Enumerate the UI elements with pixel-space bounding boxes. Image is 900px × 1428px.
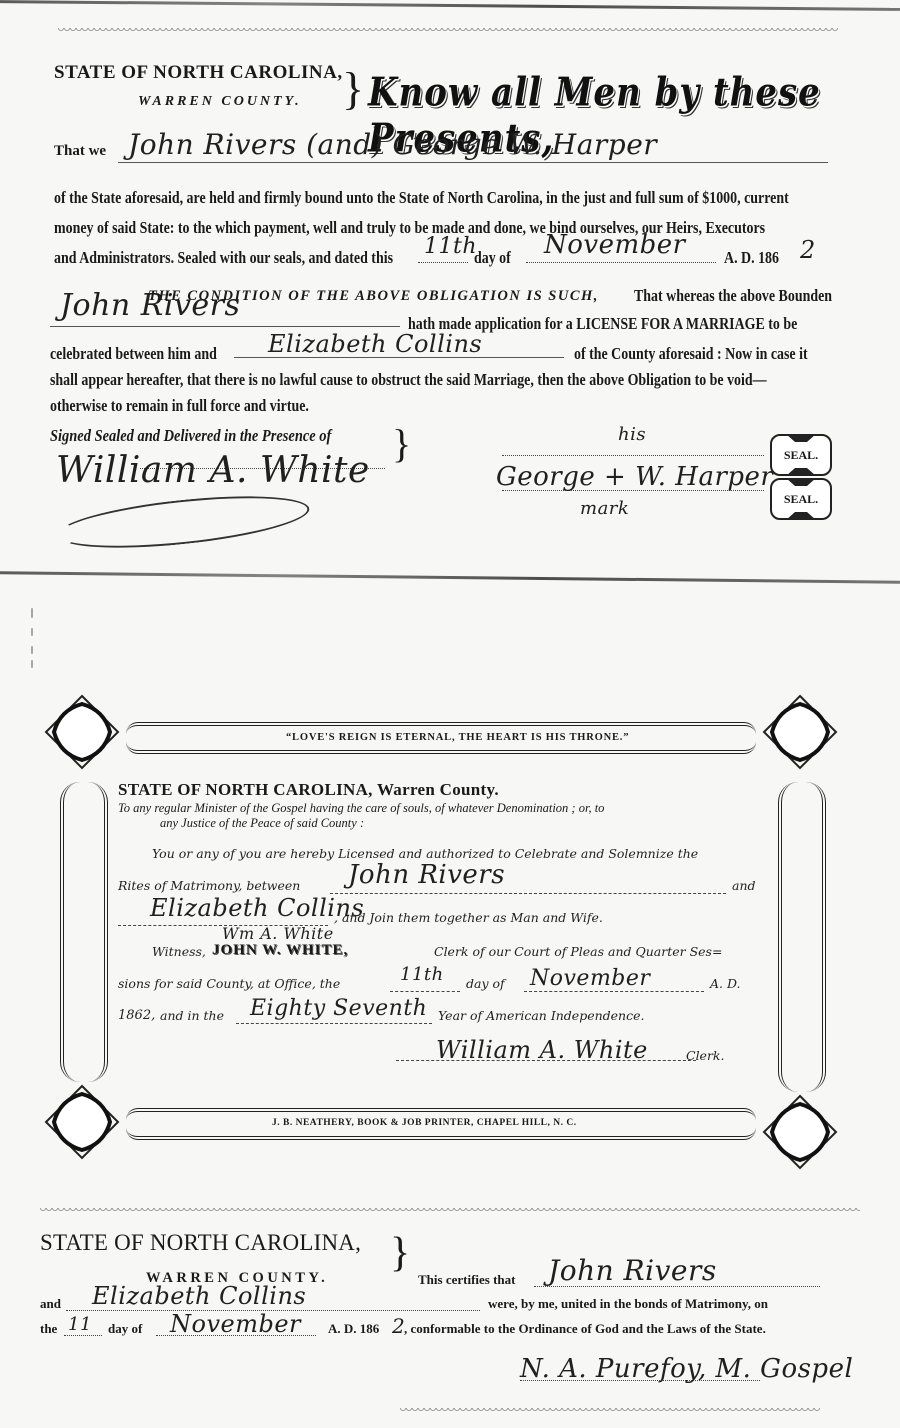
obligors-line <box>118 162 828 163</box>
license-bride-handwritten: Elizabeth Collins <box>150 894 364 922</box>
certificate-and-label: and <box>40 1296 61 1312</box>
bond-month-handwritten: November <box>544 230 686 260</box>
bond-day-handwritten: 11th <box>424 234 477 259</box>
license-day-line <box>390 991 460 992</box>
corner-ornament-top-right-icon <box>760 692 840 772</box>
right-border-column <box>778 782 826 1092</box>
bond-day-of-label: day of <box>474 242 511 274</box>
conformable-text: , conformable to the Ordinance of God an… <box>404 1321 766 1337</box>
witness-label: Witness, <box>152 944 206 959</box>
license-address-line-1: To any regular Minister of the Gospel ha… <box>118 801 604 816</box>
seal-2-label: SEAL. <box>784 492 818 507</box>
clerk-overwrite-handwritten: Wm A. White <box>222 924 334 943</box>
that-we-label: That we <box>54 143 106 160</box>
groom-line <box>330 893 726 894</box>
certificate-day-of-label: day of <box>108 1321 142 1337</box>
certificate-bride-handwritten: Elizabeth Collins <box>92 1282 306 1310</box>
clerk-printed-name: JOHN W. WHITE, <box>212 942 348 959</box>
corner-ornament-bottom-right-icon <box>760 1092 840 1172</box>
certificate-top-wavy-rule <box>40 1208 860 1214</box>
certificate-the-label: the <box>40 1321 57 1337</box>
certificate-brace: } <box>390 1232 410 1274</box>
his-label: his <box>618 424 646 445</box>
paper-mark <box>31 660 33 668</box>
bond-brace: } <box>342 66 364 112</box>
united-text: were, by me, united in the bonds of Matr… <box>488 1296 768 1312</box>
in-the-label: and in the <box>160 1008 224 1023</box>
license-heading: STATE OF NORTH CAROLINA, Warren County. <box>118 780 499 800</box>
bond-county-heading: WARREN COUNTY. <box>138 94 302 110</box>
bond-bride-handwritten: Elizabeth Collins <box>268 330 482 358</box>
paper-mark <box>31 608 33 618</box>
clerk-label: Clerk. <box>686 1048 724 1063</box>
bond-line-1: of the State aforesaid, are held and fir… <box>54 182 789 214</box>
middle-fold-edge <box>0 571 900 583</box>
license-month-handwritten: November <box>530 966 650 991</box>
signer-signature: George + W. Harper <box>496 462 773 492</box>
bond-day-line <box>418 262 468 263</box>
seal-1-label: SEAL. <box>784 448 818 463</box>
officiant-signature: N. A. Purefoy, M. Gospel <box>520 1354 853 1384</box>
independence-text: Year of American Independence. <box>438 1008 644 1023</box>
seal-1: SEAL. <box>770 434 832 476</box>
rites-label: Rites of Matrimony, between <box>118 878 300 893</box>
certificate-groom-handwritten: John Rivers <box>548 1254 717 1287</box>
join-text: , and Join them together as Man and Wife… <box>334 910 603 925</box>
clerk-signature: William A. White <box>436 1036 648 1064</box>
certificate-state-heading: STATE OF NORTH CAROLINA, <box>40 1230 361 1256</box>
top-wavy-rule <box>58 28 838 34</box>
certificate-day-handwritten: 11 <box>68 1314 92 1335</box>
certificate-bottom-wavy-rule <box>400 1408 820 1414</box>
certificate-month-handwritten: November <box>170 1310 301 1338</box>
license-ad-label: A. D. <box>710 976 741 991</box>
bond-state-heading: STATE OF NORTH CAROLINA, <box>54 62 343 84</box>
witness-signature: William A. White <box>56 450 370 491</box>
corner-ornament-top-left-icon <box>42 692 122 772</box>
obligors-handwritten: John Rivers (and) George W. Harper <box>128 128 657 161</box>
certificate-ad-label: A. D. 186 <box>328 1321 379 1337</box>
clerk-court-text: Clerk of our Court of Pleas and Quarter … <box>434 944 722 959</box>
license-groom-handwritten: John Rivers <box>348 860 505 890</box>
signer-line-1 <box>502 455 764 456</box>
bond-ad-label: A. D. 186 <box>724 242 779 274</box>
top-fold-edge <box>0 0 900 11</box>
condition-heading: THE CONDITION OF THE ABOVE OBLIGATION IS… <box>148 288 599 305</box>
mark-label: mark <box>580 498 629 519</box>
left-border-column <box>60 782 108 1082</box>
signed-sealed-label: Signed Sealed and Delivered in the Prese… <box>50 426 331 446</box>
bond-line-3: and Administrators. Sealed with our seal… <box>54 242 854 274</box>
independence-year-handwritten: Eighty Seventh <box>250 996 427 1021</box>
sessions-text: sions for said County, at Office, the <box>118 976 340 991</box>
certificate-day-line <box>64 1335 102 1336</box>
license-and-label: and <box>732 878 756 893</box>
corner-ornament-bottom-left-icon <box>42 1082 122 1162</box>
certifies-label: This certifies that <box>418 1272 515 1288</box>
license-month-line <box>524 991 704 992</box>
license-address-line-2: any Justice of the Peace of said County … <box>160 816 364 831</box>
full-force-text: otherwise to remain in full force and vi… <box>50 390 309 422</box>
license-year-text: 1862, <box>118 1008 155 1023</box>
bond-month-line <box>526 262 716 263</box>
paper-mark <box>31 628 33 636</box>
license-motto: “LOVE'S REIGN IS ETERNAL, THE HEART IS H… <box>282 732 633 743</box>
printer-imprint: J. B. NEATHERY, BOOK & JOB PRINTER, CHAP… <box>268 1118 581 1128</box>
paper-mark <box>31 646 33 654</box>
signed-brace: } <box>392 424 411 464</box>
license-body-line-1: You or any of you are hereby Licensed an… <box>152 846 698 861</box>
license-day-handwritten: 11th <box>400 964 444 985</box>
bond-year-digit-handwritten: 2 <box>800 236 816 264</box>
independence-year-line <box>236 1023 432 1024</box>
bounden-line <box>50 326 400 327</box>
witness-flourish <box>54 487 311 557</box>
license-day-of-label: day of <box>466 976 505 991</box>
dated-this-label: and Administrators. Sealed with our seal… <box>54 242 393 274</box>
seal-2: SEAL. <box>770 478 832 520</box>
